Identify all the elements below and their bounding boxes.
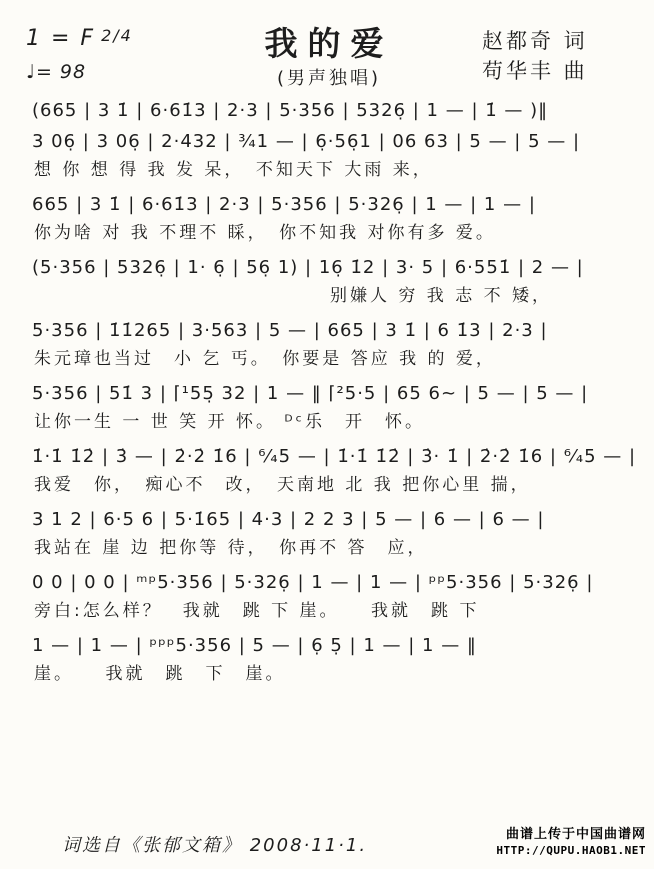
- lyrics-line: 旁白:怎么样？ 我就 跳 下 崖。 我就 跳 下: [34, 599, 648, 624]
- music-score-sheet: 1 = F2/4 ♩= 98 我的爱 (男声独唱) 赵都奇 词 苟华丰 曲 (6…: [0, 0, 654, 869]
- source-note: 词选自《张郁文箱》 2008·11·1.: [62, 831, 367, 857]
- music-notation: 5·356 | 51̇ 3 | ⌈¹55̣ 32 | 1 — ‖ ⌈²5·5 |…: [32, 379, 648, 409]
- key-signature: 1 = F2/4: [26, 26, 176, 51]
- score-line-4: (5·356 | 5326̣ | 1· 6̣ | 56̣ 1) | 16̣ 1̇…: [32, 253, 648, 309]
- lyrics-line: 我爱 你， 痴心不 改， 天南地 北 我 把你心里 揣，: [34, 473, 648, 498]
- score-line-9: 0 0 | 0 0 | ᵐᵖ5·356 | 5·326̣ | 1 — | 1 —…: [32, 568, 648, 624]
- music-notation: 0 0 | 0 0 | ᵐᵖ5·356 | 5·326̣ | 1 — | 1 —…: [32, 568, 648, 598]
- title-block: 我的爱 (男声独唱): [176, 26, 482, 90]
- composer-credit: 苟华丰 曲: [482, 56, 632, 86]
- watermark-url: HTTP://QUPU.HAOB1.NET: [496, 844, 646, 857]
- credits-block: 赵都奇 词 苟华丰 曲: [482, 26, 632, 87]
- music-notation: (5·356 | 5326̣ | 1· 6̣ | 56̣ 1) | 16̣ 1̇…: [32, 253, 648, 283]
- song-subtitle: (男声独唱): [176, 64, 482, 90]
- score-line-5: 5·356 | 1̇1̇265 | 3·563 | 5 — | 665 | 3 …: [32, 316, 648, 372]
- watermark-site-name: 曲谱上传于中国曲谱网: [496, 823, 646, 842]
- music-notation: (665 | 3 1̇ | 6·61̇3 | 2·3 | 5·356 | 532…: [32, 96, 648, 126]
- lyrics-line: 你为啥 对 我 不理不 睬， 你不知我 对你有多 爱。: [34, 221, 648, 246]
- lyrics-line: 别嫌人 穷 我 志 不 矮，: [34, 284, 648, 309]
- score-line-6: 5·356 | 51̇ 3 | ⌈¹55̣ 32 | 1 — ‖ ⌈²5·5 |…: [32, 379, 648, 435]
- key-tempo-block: 1 = F2/4 ♩= 98: [26, 26, 176, 83]
- lyricist-credit: 赵都奇 词: [482, 26, 632, 56]
- score-line-3: 665 | 3 1̇ | 6·61̇3 | 2·3 | 5·356 | 5·32…: [32, 190, 648, 246]
- lyrics-line: 想 你 想 得 我 发 呆， 不知天下 大雨 来，: [34, 158, 648, 183]
- song-title: 我的爱: [176, 26, 482, 62]
- lyrics-line: 我站在 崖 边 把你等 待， 你再不 答 应，: [34, 536, 648, 561]
- music-notation: 1̇·1̇ 1̇2̇ | 3̇ — | 2̇·2̇ 1̇6 | ⁶⁄₄5 — |…: [32, 442, 648, 472]
- score-line-8: 3 1 2 | 6·5 6 | 5·1̇65 | 4·3 | 2 2 3 | 5…: [32, 505, 648, 561]
- time-signature: 2/4: [101, 26, 133, 45]
- music-notation: 665 | 3 1̇ | 6·61̇3 | 2·3 | 5·356 | 5·32…: [32, 190, 648, 220]
- score-footer: 词选自《张郁文箱》 2008·11·1. 曲谱上传于中国曲谱网 HTTP://Q…: [0, 823, 654, 869]
- music-notation: 3 1 2 | 6·5 6 | 5·1̇65 | 4·3 | 2 2 3 | 5…: [32, 505, 648, 535]
- watermark-block: 曲谱上传于中国曲谱网 HTTP://QUPU.HAOB1.NET: [496, 823, 646, 857]
- music-notation: 1 — | 1 — | ᵖᵖᵖ5·356 | 5 — | 6̣ 5̣ | 1 —…: [32, 631, 648, 661]
- lyrics-line: 崖。 我就 跳 下 崖。: [34, 662, 648, 687]
- lyrics-line: 让你一生 一 世 笑 开 怀。 ᴰᶜ乐 开 怀。: [34, 410, 648, 435]
- score-line-1: (665 | 3 1̇ | 6·61̇3 | 2·3 | 5·356 | 532…: [32, 96, 648, 126]
- lyrics-line: 朱元璋也当过 小 乞 丐。 你要是 答应 我 的 爱，: [34, 347, 648, 372]
- score-line-7: 1̇·1̇ 1̇2̇ | 3̇ — | 2̇·2̇ 1̇6 | ⁶⁄₄5 — |…: [32, 442, 648, 498]
- music-notation: 3 06̣ | 3 06̣ | 2·432 | ¾1 — | 6̣·56̣1 |…: [32, 127, 648, 157]
- score-header: 1 = F2/4 ♩= 98 我的爱 (男声独唱) 赵都奇 词 苟华丰 曲: [0, 0, 654, 92]
- key-signature-text: 1 = F: [26, 26, 95, 51]
- tempo-marking: ♩= 98: [26, 61, 176, 83]
- music-notation: 5·356 | 1̇1̇265 | 3·563 | 5 — | 665 | 3 …: [32, 316, 648, 346]
- score-line-10: 1 — | 1 — | ᵖᵖᵖ5·356 | 5 — | 6̣ 5̣ | 1 —…: [32, 631, 648, 687]
- score-body: (665 | 3 1̇ | 6·61̇3 | 2·3 | 5·356 | 532…: [0, 92, 654, 694]
- score-line-2: 3 06̣ | 3 06̣ | 2·432 | ¾1 — | 6̣·56̣1 |…: [32, 127, 648, 183]
